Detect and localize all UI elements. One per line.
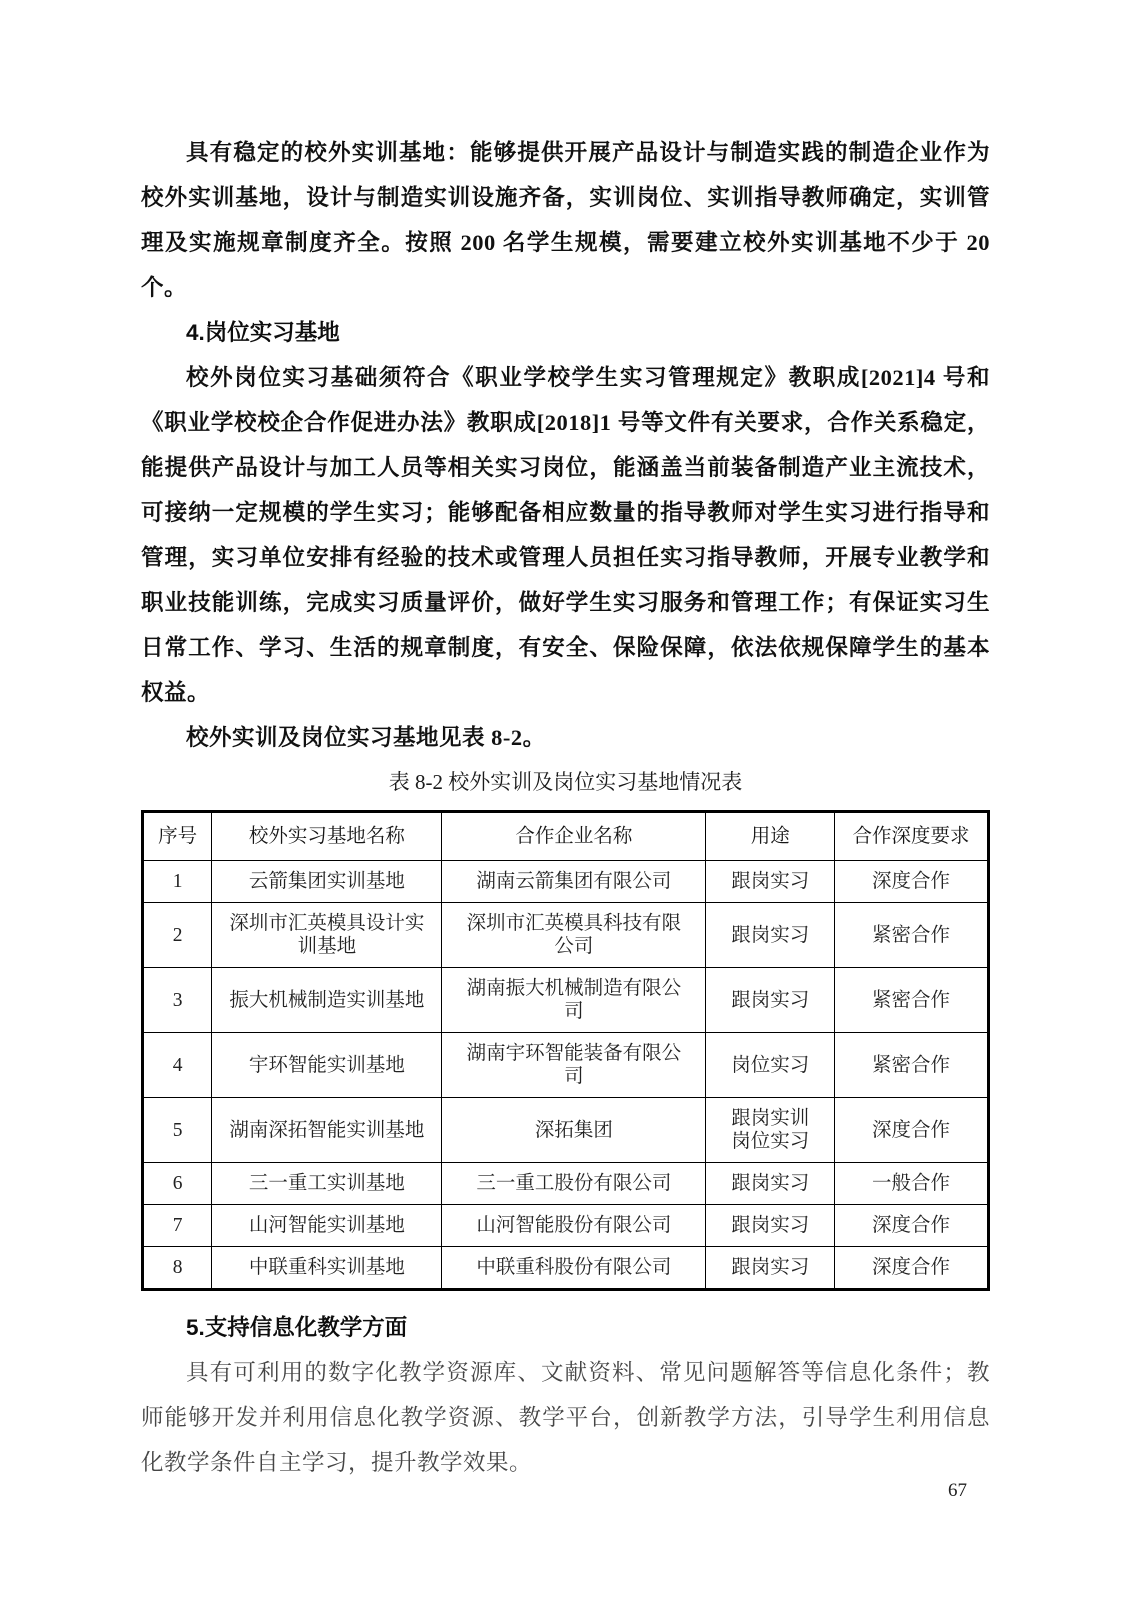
cell-index: 8 [143, 1247, 212, 1290]
table-row: 3 振大机械制造实训基地 湖南振大机械制造有限公 司 跟岗实习 紧密合作 [143, 968, 989, 1033]
document-page: 具有稳定的校外实训基地：能够提供开展产品设计与制造实践的制造企业作为校外实训基地… [0, 0, 1131, 1600]
cell-base-name: 三一重工实训基地 [212, 1163, 442, 1205]
cell-base-name: 山河智能实训基地 [212, 1205, 442, 1247]
cell-purpose: 跟岗实习 [706, 1247, 835, 1290]
cell-cooperation-depth: 一般合作 [834, 1163, 988, 1205]
paragraph-see-table: 校外实训及岗位实习基地见表 8-2。 [141, 715, 990, 760]
paragraph-post-internship-requirements: 校外岗位实习基础须符合《职业学校学生实习管理规定》教职成[2021]4 号和《职… [141, 355, 990, 715]
cell-cooperation-depth: 深度合作 [834, 1098, 988, 1163]
cell-index: 4 [143, 1033, 212, 1098]
cell-cooperation-depth: 紧密合作 [834, 1033, 988, 1098]
cell-index: 2 [143, 903, 212, 968]
table-row: 5 湖南深拓智能实训基地 深拓集团 跟岗实训 岗位实习 深度合作 [143, 1098, 989, 1163]
table-row: 1 云箭集团实训基地 湖南云箭集团有限公司 跟岗实习 深度合作 [143, 861, 989, 903]
table-row: 4 宇环智能实训基地 湖南宇环智能装备有限公 司 岗位实习 紧密合作 [143, 1033, 989, 1098]
cell-company-name: 湖南振大机械制造有限公 司 [442, 968, 706, 1033]
cell-company-name: 三一重工股份有限公司 [442, 1163, 706, 1205]
table-header-row: 序号 校外实习基地名称 合作企业名称 用途 合作深度要求 [143, 812, 989, 861]
paragraph-informatization-teaching: 具有可利用的数字化教学资源库、文献资料、常见问题解答等信息化条件；教师能够开发并… [141, 1350, 990, 1485]
table-row: 2 深圳市汇英模具设计实 训基地 深圳市汇英模具科技有限 公司 跟岗实习 紧密合… [143, 903, 989, 968]
cell-purpose: 跟岗实习 [706, 861, 835, 903]
cell-index: 6 [143, 1163, 212, 1205]
cell-purpose: 岗位实习 [706, 1033, 835, 1098]
cell-cooperation-depth: 深度合作 [834, 861, 988, 903]
cell-base-name: 湖南深拓智能实训基地 [212, 1098, 442, 1163]
cell-purpose: 跟岗实训 岗位实习 [706, 1098, 835, 1163]
column-header-base-name: 校外实习基地名称 [212, 812, 442, 861]
page-content: 具有稳定的校外实训基地：能够提供开展产品设计与制造实践的制造企业作为校外实训基地… [141, 130, 990, 1485]
paragraph-stable-training-base: 具有稳定的校外实训基地：能够提供开展产品设计与制造实践的制造企业作为校外实训基地… [141, 130, 990, 310]
cell-company-name: 中联重科股份有限公司 [442, 1247, 706, 1290]
cell-base-name: 振大机械制造实训基地 [212, 968, 442, 1033]
cell-index: 3 [143, 968, 212, 1033]
cell-cooperation-depth: 紧密合作 [834, 903, 988, 968]
cell-purpose: 跟岗实习 [706, 1205, 835, 1247]
cell-index: 1 [143, 861, 212, 903]
cell-company-name: 湖南云箭集团有限公司 [442, 861, 706, 903]
cell-purpose: 跟岗实习 [706, 968, 835, 1033]
cell-base-name: 中联重科实训基地 [212, 1247, 442, 1290]
cell-purpose: 跟岗实习 [706, 1163, 835, 1205]
cell-purpose: 跟岗实习 [706, 903, 835, 968]
cell-cooperation-depth: 紧密合作 [834, 968, 988, 1033]
table-row: 6 三一重工实训基地 三一重工股份有限公司 跟岗实习 一般合作 [143, 1163, 989, 1205]
cell-company-name: 湖南宇环智能装备有限公 司 [442, 1033, 706, 1098]
page-number: 67 [948, 1480, 967, 1502]
cell-company-name: 深拓集团 [442, 1098, 706, 1163]
column-header-index: 序号 [143, 812, 212, 861]
table-8-2-training-bases: 序号 校外实习基地名称 合作企业名称 用途 合作深度要求 1 云箭集团实训基地 … [141, 810, 990, 1291]
cell-index: 7 [143, 1205, 212, 1247]
cell-company-name: 山河智能股份有限公司 [442, 1205, 706, 1247]
cell-base-name: 云箭集团实训基地 [212, 861, 442, 903]
cell-index: 5 [143, 1098, 212, 1163]
heading-section-5: 5.支持信息化教学方面 [141, 1305, 990, 1350]
heading-section-4: 4.岗位实习基地 [141, 310, 990, 355]
cell-cooperation-depth: 深度合作 [834, 1205, 988, 1247]
column-header-cooperation-depth: 合作深度要求 [834, 812, 988, 861]
table-row: 8 中联重科实训基地 中联重科股份有限公司 跟岗实习 深度合作 [143, 1247, 989, 1290]
table-caption: 表 8-2 校外实训及岗位实习基地情况表 [141, 760, 990, 805]
table-row: 7 山河智能实训基地 山河智能股份有限公司 跟岗实习 深度合作 [143, 1205, 989, 1247]
cell-base-name: 深圳市汇英模具设计实 训基地 [212, 903, 442, 968]
cell-company-name: 深圳市汇英模具科技有限 公司 [442, 903, 706, 968]
column-header-purpose: 用途 [706, 812, 835, 861]
column-header-company-name: 合作企业名称 [442, 812, 706, 861]
cell-cooperation-depth: 深度合作 [834, 1247, 988, 1290]
cell-base-name: 宇环智能实训基地 [212, 1033, 442, 1098]
